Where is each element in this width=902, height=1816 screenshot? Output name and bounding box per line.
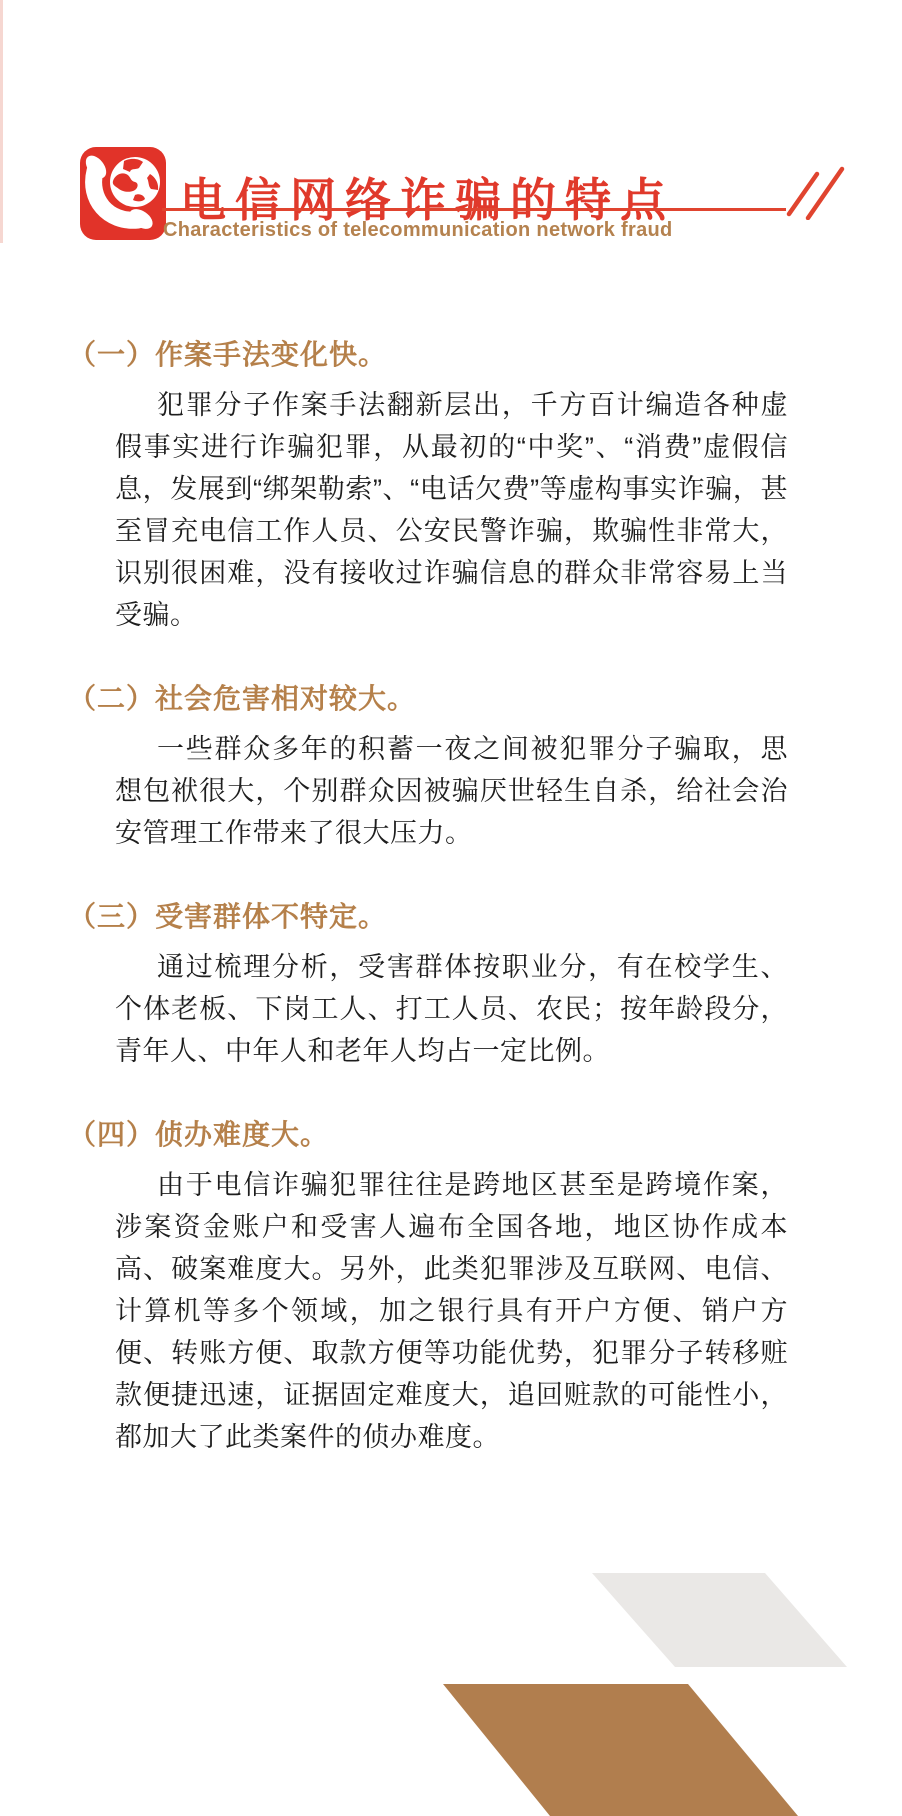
content-area: （一）作案手法变化快。 犯罪分子作案手法翻新层出，千方百计编造各种虚假事实进行诈… [115, 338, 788, 1504]
section-1-heading: （一）作案手法变化快。 [68, 338, 788, 372]
section-3: （三）受害群体不特定。 通过梳理分析，受害群体按职业分，有在校学生、个体老板、下… [115, 900, 788, 1072]
left-edge-artifact [0, 0, 3, 243]
section-4-heading: （四）侦办难度大。 [68, 1118, 788, 1152]
section-1: （一）作案手法变化快。 犯罪分子作案手法翻新层出，千方百计编造各种虚假事实进行诈… [115, 338, 788, 636]
corner-decoration [0, 1560, 902, 1816]
phone-globe-icon [80, 147, 166, 240]
section-4: （四）侦办难度大。 由于电信诈骗犯罪往往是跨地区甚至是跨境作案，涉案资金账户和受… [115, 1118, 788, 1458]
section-1-body: 犯罪分子作案手法翻新层出，千方百计编造各种虚假事实进行诈骗犯罪，从最初的“中奖”… [115, 384, 788, 636]
brown-parallelogram [443, 1684, 798, 1816]
page-subtitle: Characteristics of telecommunication net… [163, 217, 823, 243]
section-2: （二）社会危害相对较大。 一些群众多年的积蓄一夜之间被犯罪分子骗取，思想包袱很大… [115, 682, 788, 854]
section-2-heading: （二）社会危害相对较大。 [68, 682, 788, 716]
section-3-body: 通过梳理分析，受害群体按职业分，有在校学生、个体老板、下岗工人、打工人员、农民；… [115, 946, 788, 1072]
section-4-body: 由于电信诈骗犯罪往往是跨地区甚至是跨境作案，涉案资金账户和受害人遍布全国各地，地… [115, 1164, 788, 1458]
section-2-body: 一些群众多年的积蓄一夜之间被犯罪分子骗取，思想包袱很大，个别群众因被骗厌世轻生自… [115, 728, 788, 854]
poster-page: 电信网络诈骗的特点 Characteristics of telecommuni… [0, 0, 902, 1816]
title-underline [162, 208, 786, 211]
section-3-heading: （三）受害群体不特定。 [68, 900, 788, 934]
gray-parallelogram [592, 1573, 847, 1667]
